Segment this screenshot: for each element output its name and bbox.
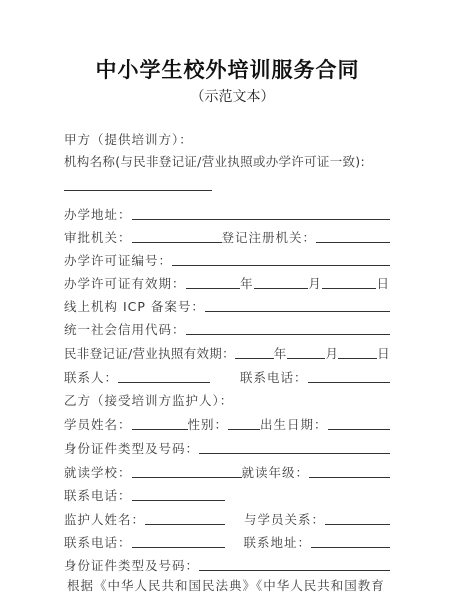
student-phone-field[interactable] (132, 486, 225, 501)
cert-validity-day-field[interactable] (338, 344, 377, 359)
student-name-label: 学员姓名： (64, 415, 132, 433)
gender-label: 性别： (188, 415, 229, 433)
birth-date-label: 出生日期： (260, 415, 328, 433)
student-phone-row: 联系电话： (64, 484, 390, 504)
guardian-id-label: 身份证件类型及号码： (64, 556, 199, 574)
license-number-field[interactable] (172, 251, 390, 266)
school-row: 就读学校： 就读年级： (64, 461, 390, 481)
grade-field[interactable] (309, 463, 390, 478)
guardian-name-label: 监护人姓名： (64, 510, 145, 528)
party-a-heading-row: 甲方（提供培训方）： (64, 128, 390, 148)
license-validity-label: 办学许可证有效期： (64, 274, 186, 292)
cert-validity-row: 民非登记证/营业执照有效期： 年 月 日 (64, 342, 390, 362)
license-validity-row: 办学许可证有效期： 年 月 日 (64, 272, 390, 292)
license-validity-day-field[interactable] (322, 274, 377, 289)
party-b-heading: 乙方（接受培训方监护人）： (64, 391, 233, 409)
contract-title: 中小学生校外培训服务合同 (0, 54, 465, 84)
month-unit: 月 (308, 274, 322, 292)
student-row: 学员姓名： 性别： 出生日期： (64, 413, 390, 433)
guardian-phone-field[interactable] (132, 533, 225, 548)
authority-row: 审批机关： 登记注册机关： (64, 226, 390, 246)
year-unit: 年 (274, 344, 287, 362)
day-unit: 日 (377, 344, 390, 362)
guardian-id-field[interactable] (199, 556, 390, 571)
student-id-label: 身份证件类型及号码： (64, 439, 199, 457)
student-id-field[interactable] (199, 439, 390, 454)
student-name-field[interactable] (132, 415, 188, 430)
guardian-contact-row: 联系电话： 联系地址： (64, 531, 390, 551)
approval-authority-field[interactable] (132, 228, 222, 243)
cert-validity-year-field[interactable] (235, 344, 274, 359)
guardian-address-field[interactable] (311, 533, 390, 548)
credit-code-label: 统一社会信用代码： (64, 320, 186, 338)
relationship-label: 与学员关系： (244, 510, 325, 528)
intro-paragraph: 根据《中华人民共和国民法典》《中华人民共和国教育 (67, 576, 385, 594)
contact-field[interactable] (118, 368, 210, 383)
party-b-heading-row: 乙方（接受培训方监护人）： (64, 389, 390, 409)
student-phone-label: 联系电话： (64, 486, 132, 504)
org-name-label: 机构名称(与民非登记证/营业执照或办学许可证一致): (64, 152, 365, 170)
icp-label: 线上机构 ICP 备案号： (64, 297, 205, 315)
contract-subtitle: （示范文本） (0, 86, 465, 106)
school-field[interactable] (132, 463, 242, 478)
address-label: 办学地址： (64, 205, 132, 223)
birth-date-field[interactable] (328, 415, 390, 430)
credit-code-row: 统一社会信用代码： (64, 318, 390, 338)
cert-validity-label: 民非登记证/营业执照有效期： (64, 344, 235, 362)
license-number-label: 办学许可证编号： (64, 251, 172, 269)
org-name-row: 机构名称(与民非登记证/营业执照或办学许可证一致): (64, 150, 390, 170)
gender-field[interactable] (228, 415, 260, 430)
org-name-field-row (64, 174, 390, 194)
contact-row: 联系人： 联系电话： (64, 366, 390, 386)
year-unit: 年 (240, 274, 254, 292)
phone-label: 联系电话： (240, 368, 308, 386)
guardian-name-field[interactable] (145, 510, 225, 525)
org-name-field[interactable] (64, 176, 212, 191)
registration-authority-field[interactable] (316, 228, 390, 243)
icp-field[interactable] (205, 297, 390, 312)
guardian-id-row: 身份证件类型及号码： (64, 554, 390, 574)
approval-authority-label: 审批机关： (64, 228, 132, 246)
credit-code-field[interactable] (186, 320, 390, 335)
address-row: 办学地址： (64, 203, 390, 223)
address-field[interactable] (132, 205, 390, 220)
student-id-row: 身份证件类型及号码： (64, 437, 390, 457)
contact-label: 联系人： (64, 368, 118, 386)
grade-label: 就读年级： (242, 463, 310, 481)
registration-authority-label: 登记注册机关： (222, 228, 317, 246)
relationship-field[interactable] (325, 510, 390, 525)
guardian-address-label: 联系地址： (244, 533, 312, 551)
phone-field[interactable] (308, 368, 390, 383)
icp-row: 线上机构 ICP 备案号： (64, 295, 390, 315)
cert-validity-month-field[interactable] (287, 344, 326, 359)
month-unit: 月 (325, 344, 338, 362)
party-a-heading: 甲方（提供培训方）： (64, 130, 193, 148)
license-number-row: 办学许可证编号： (64, 249, 390, 269)
guardian-phone-label: 联系电话： (64, 533, 132, 551)
day-unit: 日 (376, 274, 390, 292)
guardian-row: 监护人姓名： 与学员关系： (64, 508, 390, 528)
license-validity-year-field[interactable] (186, 274, 241, 289)
school-label: 就读学校： (64, 463, 132, 481)
license-validity-month-field[interactable] (254, 274, 309, 289)
